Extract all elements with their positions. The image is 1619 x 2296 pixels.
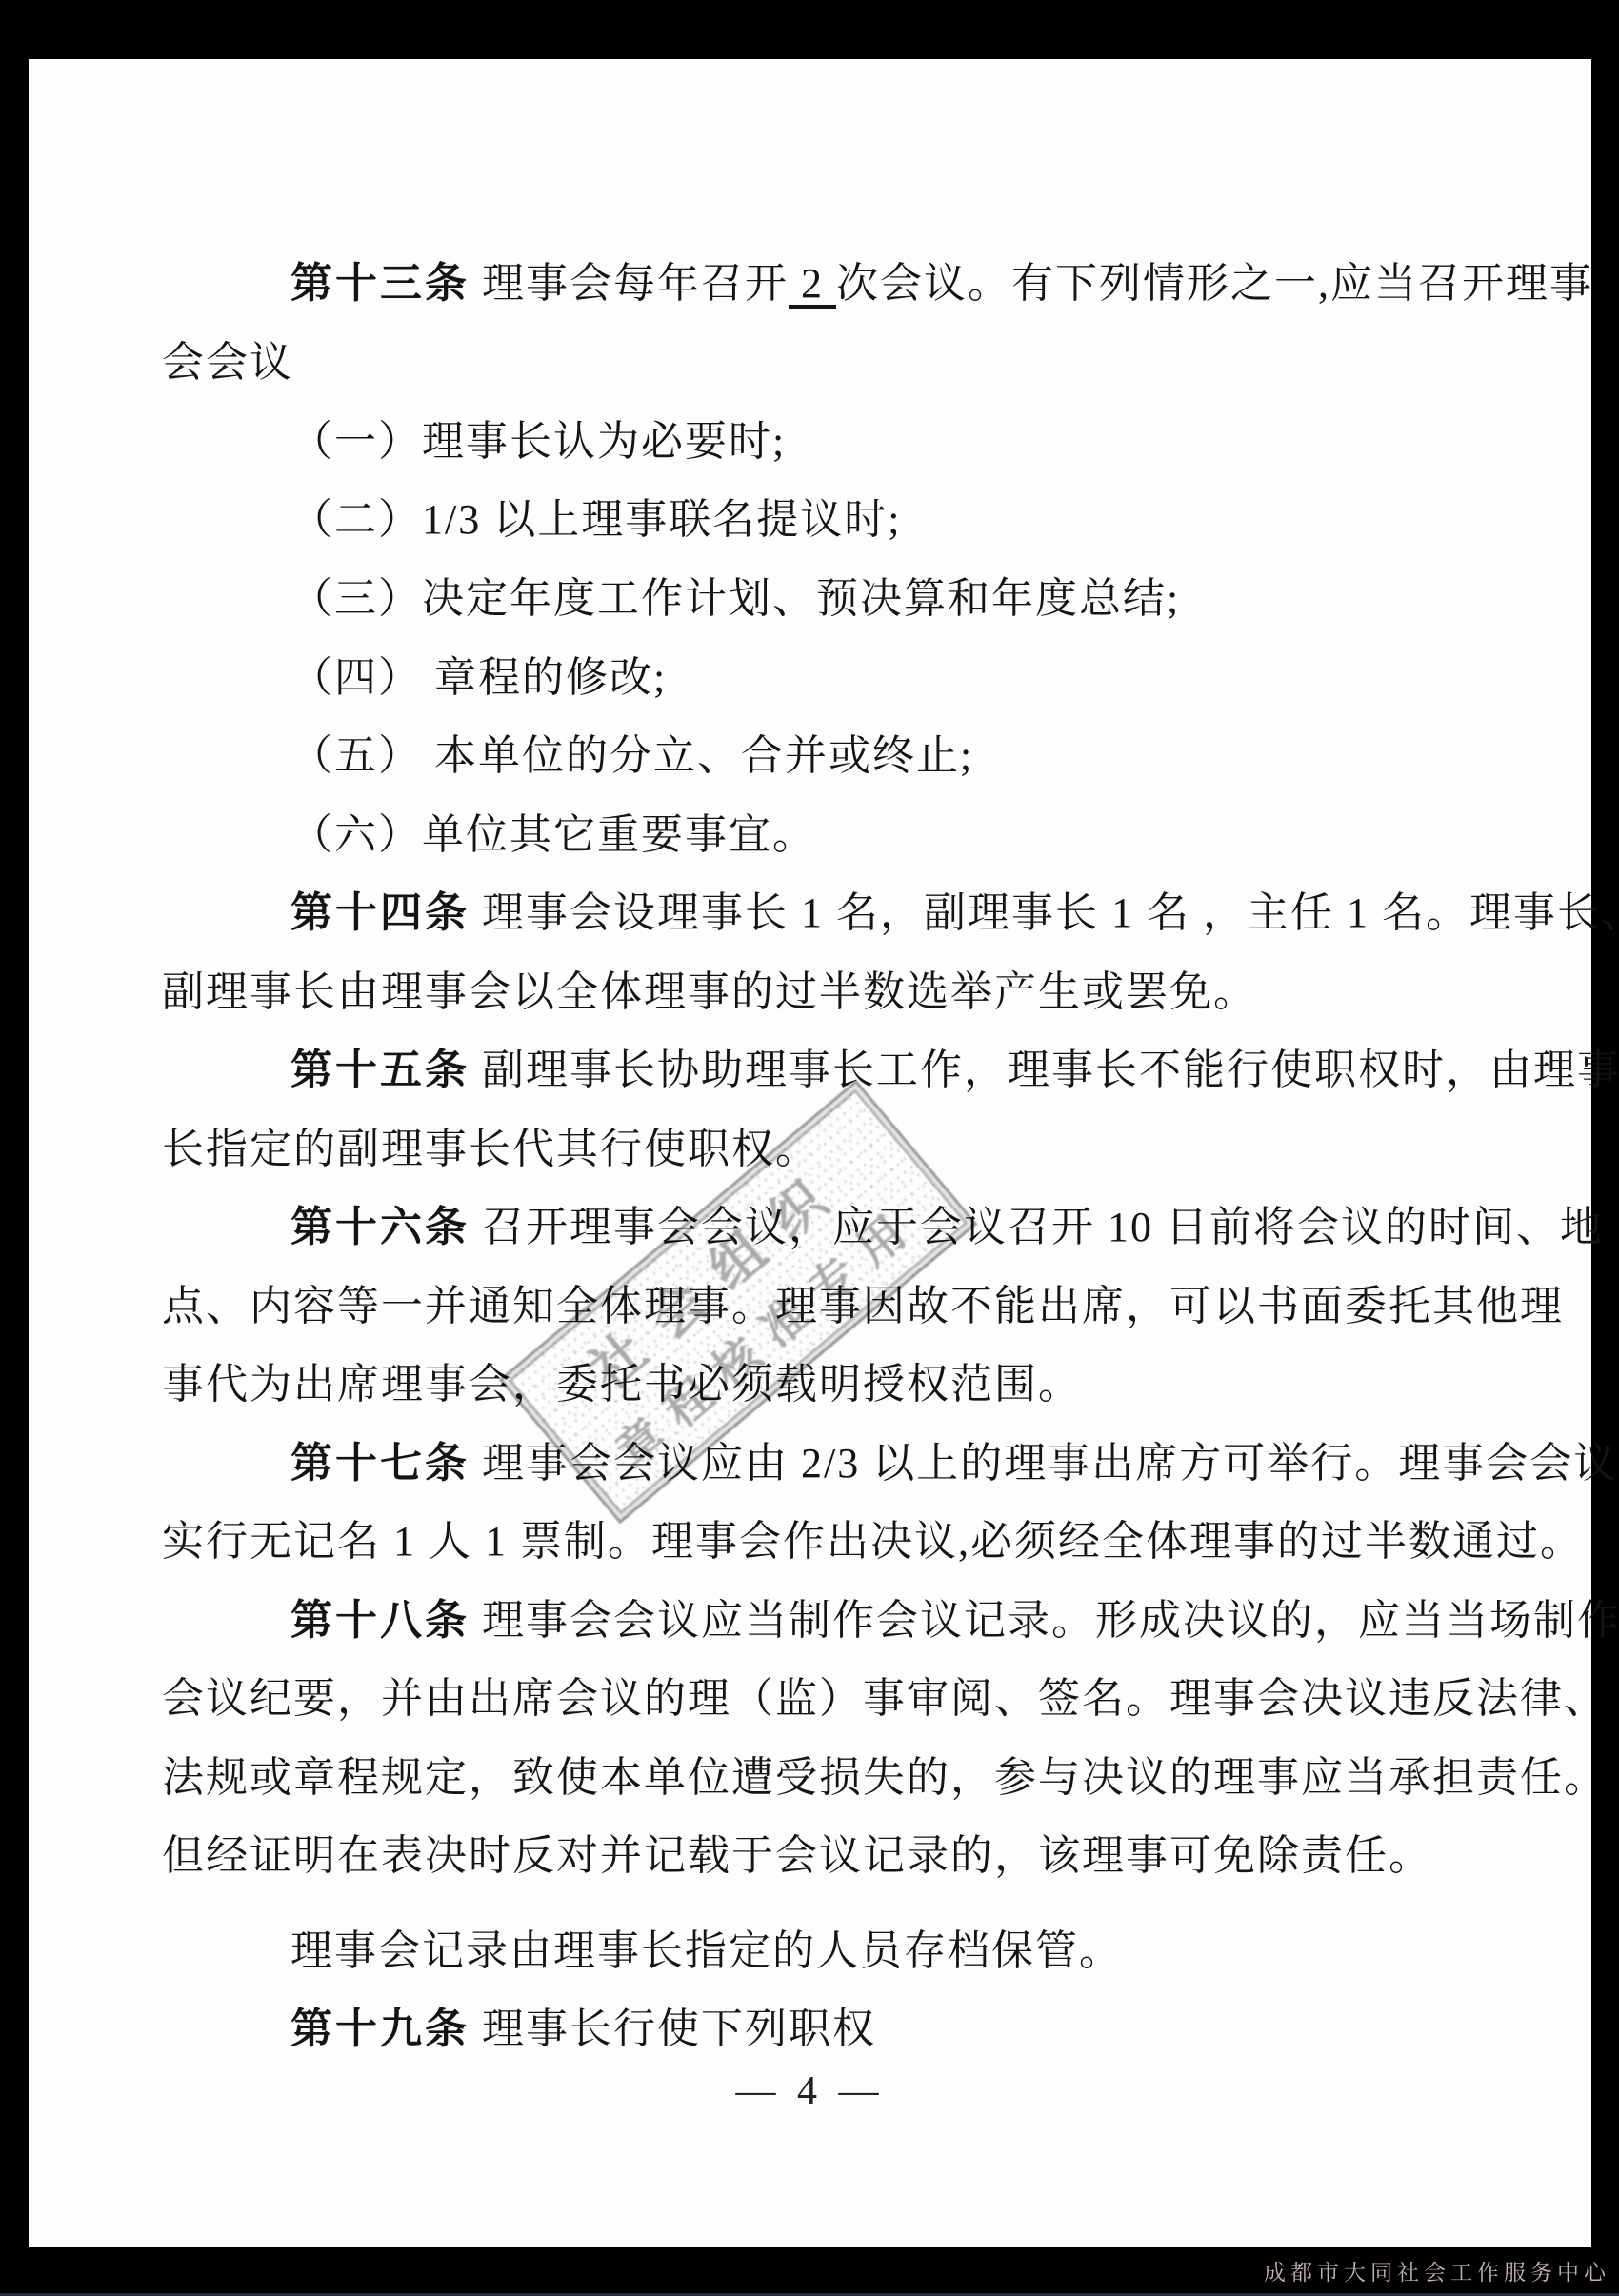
doc-line-15: 事代为出席理事会，委托书必须载明授权范围。	[162, 1360, 1471, 1409]
line-text: 理事长行使下列职权	[470, 2006, 876, 2052]
line-text: （四） 章程的修改;	[290, 654, 667, 701]
article-number: 第十九条	[290, 2006, 470, 2052]
line-text: 理事会记录由理事长指定的人员存档保管。	[290, 1927, 1123, 1974]
line-text: （三）决定年度工作计划、预决算和年度总结;	[290, 575, 1180, 622]
line-text: （一）理事长认为必要时;	[290, 418, 786, 465]
line-text: 实行无记名 1 人 1 票制。理事会作出决议,必须经全体理事的过半数通过。	[162, 1518, 1584, 1565]
line-text: （二）1/3 以上理事联名提议时;	[290, 496, 901, 543]
doc-line-1: 第十三条 理事会每年召开 2 次会议。有下列情形之一,应当召开理事	[162, 259, 1600, 309]
line-text: 但经证明在表决时反对并记载于会议记录的，该理事可免除责任。	[162, 1832, 1432, 1879]
line-text: 次会议。有下列情形之一,应当召开理事	[836, 260, 1593, 307]
article-number: 第十七条	[290, 1440, 470, 1487]
document-page: 第十三条 理事会每年召开 2 次会议。有下列情形之一,应当召开理事 会会议 （一…	[29, 59, 1591, 2247]
doc-line-2: 会会议	[162, 338, 1471, 388]
doc-line-21: 但经证明在表决时反对并记载于会议记录的，该理事可免除责任。	[162, 1831, 1471, 1881]
underlined-value: 2	[789, 260, 836, 307]
line-text: 理事会每年召开	[470, 260, 789, 307]
article-number: 第十六条	[290, 1204, 470, 1250]
page-number: — 4 —	[29, 2068, 1591, 2114]
line-text: （五） 本单位的分立、合并或终止;	[290, 732, 973, 779]
doc-line-16: 第十七条 理事会会议应由 2/3 以上的理事出席方可举行。理事会会议	[162, 1439, 1600, 1488]
doc-line-23: 第十九条 理事长行使下列职权	[162, 2005, 1600, 2054]
doc-line-9: 第十四条 理事会设理事长 1 名，副理事长 1 名 ，主任 1 名。理事长、	[162, 888, 1600, 938]
doc-line-20: 法规或章程规定，致使本单位遭受损失的，参与决议的理事应当承担责任。	[162, 1753, 1471, 1803]
doc-line-4: （二）1/3 以上理事联名提议时;	[162, 495, 1600, 545]
article-number: 第十四条	[290, 889, 470, 936]
doc-line-8: （六）单位其它重要事宜。	[162, 810, 1600, 860]
line-text: 召开理事会会议，应于会议召开 10 日前将会议的时间、地	[470, 1204, 1604, 1250]
doc-line-6: （四） 章程的修改;	[162, 653, 1600, 703]
doc-line-19: 会议纪要，并由出席会议的理（监）事审阅、签名。理事会决议违反法律、	[162, 1674, 1471, 1724]
line-text: 长指定的副理事长代其行使职权。	[162, 1126, 819, 1172]
doc-line-3: （一）理事长认为必要时;	[162, 417, 1600, 467]
line-text: 理事会设理事长 1 名，副理事长 1 名 ，主任 1 名。理事长、	[470, 889, 1619, 936]
doc-line-17: 实行无记名 1 人 1 票制。理事会作出决议,必须经全体理事的过半数通过。	[162, 1517, 1471, 1567]
article-number: 第十三条	[290, 260, 470, 307]
article-number: 第十八条	[290, 1597, 470, 1644]
line-text: 会会议	[162, 339, 293, 386]
line-text: 法规或章程规定，致使本单位遭受损失的，参与决议的理事应当承担责任。	[162, 1754, 1608, 1801]
doc-line-10: 副理事长由理事会以全体理事的过半数选举产生或罢免。	[162, 968, 1471, 1017]
doc-line-22: 理事会记录由理事长指定的人员存档保管。	[162, 1927, 1600, 1976]
footer-watermark: 成都市大同社会工作服务中心	[1264, 2255, 1610, 2286]
line-text: 副理事长由理事会以全体理事的过半数选举产生或罢免。	[162, 968, 1257, 1015]
doc-line-5: （三）决定年度工作计划、预决算和年度总结;	[162, 574, 1600, 624]
doc-line-11: 第十五条 副理事长协助理事长工作，理事长不能行使职权时，由理事	[162, 1046, 1600, 1095]
line-text: （六）单位其它重要事宜。	[290, 811, 816, 858]
article-number: 第十五条	[290, 1047, 470, 1093]
line-text: 理事会会议应当制作会议记录。形成决议的，应当当场制作	[470, 1597, 1619, 1644]
line-text: 副理事长协助理事长工作，理事长不能行使职权时，由理事	[470, 1047, 1619, 1093]
doc-line-18: 第十八条 理事会会议应当制作会议记录。形成决议的，应当当场制作	[162, 1596, 1600, 1646]
line-text: 会议纪要，并由出席会议的理（监）事审阅、签名。理事会决议违反法律、	[162, 1675, 1608, 1722]
doc-line-7: （五） 本单位的分立、合并或终止;	[162, 731, 1600, 781]
